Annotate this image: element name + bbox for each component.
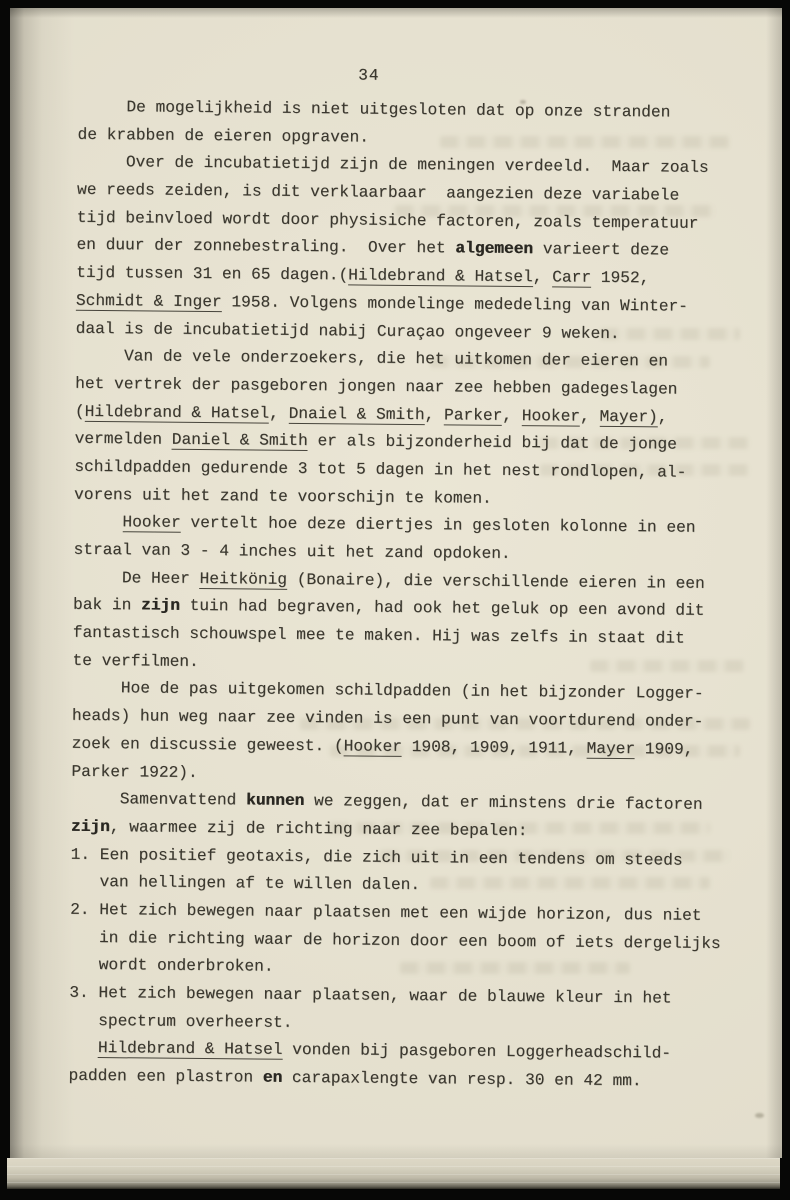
text-segment: daal is de incubatietijd nabij Curaçao o… <box>76 319 620 342</box>
underlined-reference: Schmidt & Inger <box>76 292 222 312</box>
underlined-reference: Hooker <box>522 407 580 427</box>
underlined-reference: Daniel & Smith <box>172 431 308 451</box>
text-segment: Van de vele onderzoekers, die het uitkom… <box>75 347 668 371</box>
text-segment: heads) hun weg naar zee vinden is een pu… <box>72 707 704 731</box>
text-segment: vertelt hoe deze diertjes in gesloten ko… <box>181 514 696 537</box>
text-segment: 1. Een positief geotaxis, die zich uit i… <box>71 845 683 869</box>
text-segment: wordt onderbroken. <box>69 956 273 976</box>
text-segment: padden een plastron <box>68 1067 262 1087</box>
underlined-reference: Hildebrand & Hatsel <box>98 1039 283 1060</box>
page-number: 34 <box>358 66 380 84</box>
text-segment: het vertrek der pasgeboren jongen naar z… <box>75 375 677 399</box>
text-segment: Parker 1922). <box>71 762 197 781</box>
text-segment: , <box>269 404 289 422</box>
underlined-reference: Hooker <box>344 737 402 757</box>
text-segment: vermelden <box>75 430 172 449</box>
underlined-reference: Heitkönig <box>199 570 287 590</box>
text-segment: straal van 3 - 4 inches uit het zand opd… <box>73 541 510 563</box>
text-segment: van hellingen af te willen dalen. <box>70 873 420 894</box>
text-segment: vonden bij pasgeboren Loggerheadschild- <box>282 1041 671 1063</box>
text-segment: tuin had begraven, had ook het geluk op … <box>180 597 705 620</box>
text-segment: bak in <box>73 596 141 615</box>
text-segment: fantastisch schouwspel mee te maken. Hij… <box>73 624 685 648</box>
text-segment <box>69 1039 98 1057</box>
underlined-reference: Carr <box>552 268 591 287</box>
emphasized-text: en <box>263 1069 283 1087</box>
text-segment: 1952, <box>591 269 649 288</box>
emphasized-text: algemeen <box>455 240 533 259</box>
text-segment: 1908, 1909, 1911, <box>402 738 587 758</box>
text-segment: 2. Het zich bewegen naar plaatsen met ee… <box>70 901 702 925</box>
page-stack-edge <box>7 1158 780 1189</box>
emphasized-text: zijn <box>141 597 180 615</box>
text-segment: De Heer <box>73 568 199 587</box>
underlined-reference: Dnaiel & Smith <box>289 404 425 424</box>
text-segment <box>74 513 123 531</box>
emphasized-text: kunnen <box>246 792 304 811</box>
text-segment: Hoe de pas uitgekomen schildpadden (in h… <box>72 679 704 703</box>
text-segment: , <box>533 268 553 286</box>
text-segment: te verfilmen. <box>72 652 198 671</box>
text-segment: tijd tussen 31 en 65 dagen.( <box>76 264 348 285</box>
text-segment: ( <box>75 402 85 420</box>
text-segment: 1958. Volgens mondelinge mededeling van … <box>222 293 688 315</box>
text-segment: , <box>502 406 522 424</box>
underlined-reference: Parker <box>444 406 502 426</box>
text-segment: Samenvattend <box>71 790 246 810</box>
text-segment: vorens uit het zand te voorschijn te kom… <box>74 485 492 507</box>
text-segment: varieert deze <box>533 241 669 260</box>
text-segment: , <box>425 406 445 424</box>
text-line: padden een plastron en carapaxlengte van… <box>68 1063 738 1097</box>
text-segment: zoek en discussie geweest. ( <box>72 735 344 756</box>
book-page: 34 De mogelijkheid is niet uitgesloten d… <box>10 8 782 1158</box>
underlined-reference: Hooker <box>122 514 180 534</box>
typed-content: 34 De mogelijkheid is niet uitgesloten d… <box>0 7 783 1164</box>
text-segment: , <box>658 408 668 426</box>
text-segment: carapaxlengte van resp. 30 en 42 mm. <box>282 1069 642 1090</box>
text-segment: spectrum overheerst. <box>69 1011 293 1031</box>
text-segment: tijd beinvloed wordt door physisiche fac… <box>77 209 699 233</box>
underlined-reference: Mayer <box>586 740 635 759</box>
text-segment: de krabben de eieren opgraven. <box>77 125 369 146</box>
text-segment: 1909, <box>635 740 693 759</box>
underlined-reference: Mayer) <box>599 407 657 427</box>
text-segment: schildpadden gedurende 3 tot 5 dagen in … <box>74 458 686 482</box>
text-segment: we reeds zeiden, is dit verklaarbaar aan… <box>77 181 679 205</box>
text-segment: Over de incubatietijd zijn de meningen v… <box>77 153 709 177</box>
text-segment: in die richting waar de horizon door een… <box>70 928 721 952</box>
emphasized-text: zijn <box>71 818 110 836</box>
text-segment: we zeggen, dat er minstens drie factoren <box>304 792 702 814</box>
text-segment: er als bijzonderheid bij dat de jonge <box>308 432 677 454</box>
text-segment: , <box>580 407 600 425</box>
underlined-reference: Hildebrand & Hatsel <box>348 267 533 288</box>
text-segment: , waarmee zij de richting naar zee bepal… <box>110 818 528 840</box>
text-segment: De mogelijkheid is niet uitgesloten dat … <box>78 98 671 122</box>
text-segment: 3. Het zich bewegen naar plaatsen, waar … <box>69 984 671 1008</box>
underlined-reference: Hildebrand & Hatsel <box>85 402 270 423</box>
text-segment: en duur der zonnebestraling. Over het <box>76 236 455 258</box>
text-segment: (Bonaire), die verschillende eieren in e… <box>287 571 705 593</box>
page-text: De mogelijkheid is niet uitgesloten dat … <box>68 94 748 1097</box>
